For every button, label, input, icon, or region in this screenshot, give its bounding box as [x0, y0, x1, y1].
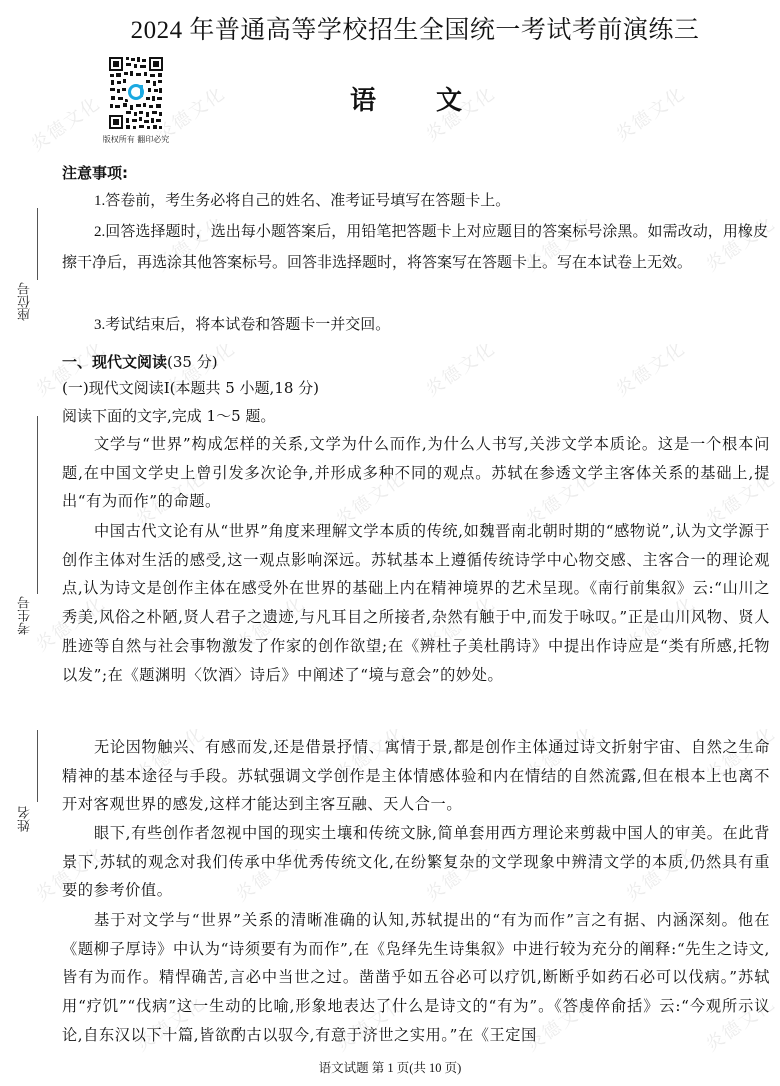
seat-number-label: 座位号: [16, 282, 35, 321]
section-title: 一、现代文阅读: [62, 353, 167, 371]
reading-passage: 文学与“世界”构成怎样的关系,文学为什么而作,为什么人书写,关涉文学本质论。这是…: [62, 430, 770, 516]
watermark: 炎德文化: [25, 89, 105, 156]
passage-paragraph: 眼下,有些创作者忽视中国的现实土壤和传统文脉,简单套用西方理论来剪裁中国人的审美…: [62, 819, 770, 905]
watermark: 炎德文化: [610, 334, 690, 401]
qr-caption: 版权所有 翻印必究: [97, 134, 175, 145]
section-score: (35 分): [167, 353, 218, 371]
watermark: 炎德文化: [420, 334, 500, 401]
exam-title: 2024 年普通高等学校招生全国统一考试考前演练三: [50, 14, 780, 48]
page-footer: 语文试题 第 1 页(共 10 页): [0, 1058, 780, 1076]
notice-item: 3.考试结束后，将本试卷和答题卡一并交回。: [62, 310, 768, 341]
passage-paragraph: 中国古代文论有从“世界”角度来理解文学本质的传统,如魏晋南北朝时期的“感物说”,…: [62, 517, 770, 689]
subject-title: 语文: [350, 80, 522, 117]
qr-code-icon: [108, 55, 164, 131]
name-line: [37, 730, 38, 802]
notice-item: 1.答卷前，考生务必将自己的姓名、准考证号填写在答题卡上。: [62, 186, 768, 217]
watermark: 炎德文化: [610, 79, 690, 146]
seat-number-line: [37, 208, 38, 280]
passage-paragraph: 基于对文学与“世界”关系的清晰准确的认知,苏轼提出的“有为而作”言之有据、内涵深…: [62, 906, 770, 1050]
qr-code-block: 版权所有 翻印必究: [97, 55, 175, 145]
reading-passage: 眼下,有些创作者忽视中国的现实土壤和传统文脉,简单套用西方理论来剪裁中国人的审美…: [62, 819, 770, 905]
exam-number-label: 考生号: [16, 596, 35, 635]
reading-instruction: 阅读下面的文字,完成 1～5 题。: [62, 405, 275, 426]
reading-passage: 无论因物触兴、有感而发,还是借景抒情、寓情于景,都是创作主体通过诗文折射宇宙、自…: [62, 733, 770, 819]
exam-number-line: [37, 416, 38, 594]
passage-paragraph: 文学与“世界”构成怎样的关系,文学为什么而作,为什么人书写,关涉文学本质论。这是…: [62, 430, 770, 516]
subsection-heading: (一)现代文阅读Ⅰ(本题共 5 小题,18 分): [62, 377, 319, 398]
notice-item: 2.回答选择题时，选出每小题答案后，用铅笔把答题卡上对应题目的答案标号涂黑。如需…: [62, 217, 768, 279]
name-label: 姓名: [16, 806, 35, 832]
notice-heading: 注意事项:: [62, 162, 128, 183]
reading-passage: 基于对文学与“世界”关系的清晰准确的认知,苏轼提出的“有为而作”言之有据、内涵深…: [62, 906, 770, 1050]
exam-page: 炎德文化 炎德文化 炎德文化 炎德文化 炎德文化 炎德文化 炎德文化 炎德文化 …: [0, 0, 780, 1086]
reading-passage: 中国古代文论有从“世界”角度来理解文学本质的传统,如魏晋南北朝时期的“感物说”,…: [62, 517, 770, 689]
section-heading: 一、现代文阅读(35 分): [62, 351, 218, 372]
passage-paragraph: 无论因物触兴、有感而发,还是借景抒情、寓情于景,都是创作主体通过诗文折射宇宙、自…: [62, 733, 770, 819]
